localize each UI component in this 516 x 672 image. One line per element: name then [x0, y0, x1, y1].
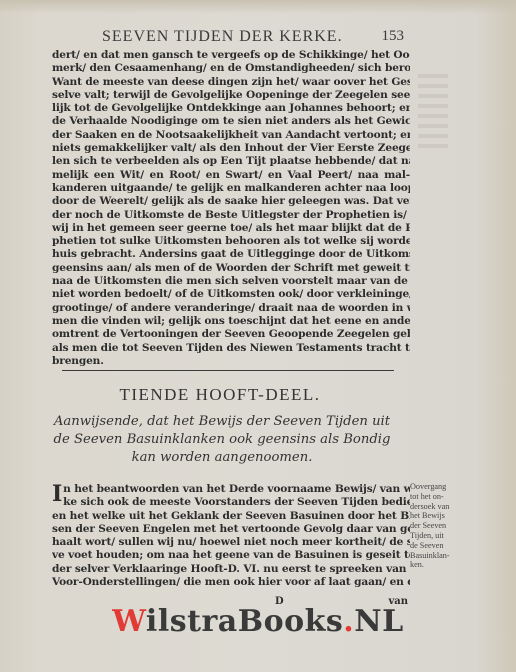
margin-note-line: ken.	[410, 560, 462, 570]
text-line: niets gemakkelijker valt/ als den Inhout…	[52, 142, 410, 155]
text-line: Want de meeste van deese dingen zijn het…	[52, 76, 410, 89]
text-line: niet worden bedoelt/ of de Uitkomsten oo…	[52, 288, 410, 301]
margin-note-line: Tijden, uit	[410, 531, 462, 541]
text-line: huis gebracht. Andersins gaat de Uitlegg…	[52, 248, 410, 261]
section-divider	[62, 370, 394, 371]
text-line: melijk een Wit/ en Root/ en Swart/ en Va…	[52, 169, 410, 182]
margin-note-line: Basuinklan-	[410, 551, 462, 561]
text-line: n het beantwoorden van het Derde voornaa…	[63, 483, 410, 496]
watermark-accent-letter: W	[112, 604, 146, 639]
text-line: haalt wort/ sullen wij nu/ hoewel niet n…	[52, 536, 410, 549]
text-line: ke sich ook de meeste Voorstanders der S…	[63, 496, 410, 509]
bleed-through-text	[418, 74, 448, 150]
text-line: door de Weerelt/ gelijk als de saake hie…	[52, 195, 410, 208]
text-line: selve valt; terwijl de Gevolgelijke Oope…	[52, 89, 410, 102]
text-line: als men die tot Seeven Tijden des Niewen…	[52, 342, 410, 355]
subtitle-line: de Seeven Basuinklanken ook geensins als…	[52, 431, 392, 449]
text-line: naa de Uitkomsten die men sich selven vo…	[52, 275, 410, 288]
margin-note-line: tot het on-	[410, 492, 462, 502]
text-line: omtrent de Vertooningen der Seeven Geoop…	[52, 328, 410, 341]
text-line: lijk tot de Gevolgelijke Ontdekkinge aan…	[52, 102, 410, 115]
text-line: merk/ den Cesaamenhang/ en de Omstandigh…	[52, 62, 410, 75]
text-line: len sich te verbeelden als op Een Tijt p…	[52, 155, 410, 168]
text-line: en het welke uit het Geklank der Seeven …	[52, 510, 410, 523]
body-text-section-2: I n het beantwoorden van het Derde voorn…	[52, 483, 410, 589]
drop-cap: I	[52, 483, 62, 505]
watermark-text: ilstraBooks	[146, 604, 343, 639]
chapter-title: TIENDE HOOFT-DEEL.	[0, 385, 440, 405]
margin-note: Oovergang tot het on- dersoek van het Be…	[410, 482, 462, 570]
watermark-logo: WilstraBooks.NL	[0, 604, 516, 639]
text-line: ve voet houden; om naa het geene van de …	[52, 549, 410, 562]
text-line: men die vinden wil; gelijk ons toeschijn…	[52, 315, 410, 328]
text-line: de Verhaalde Noodiginge om te sien niet …	[52, 115, 410, 128]
body-text-section-1: dert/ en dat men gansch te vergeefs op d…	[52, 49, 410, 368]
margin-note-line: de Seeven	[410, 541, 462, 551]
text-line: der Saaken en de Nootsaakelijkheit van A…	[52, 129, 410, 142]
text-line: Voor-Onderstellingen/ die men ook hier v…	[52, 576, 410, 589]
text-line: der noch de Uitkomste de Beste Uitlegste…	[52, 209, 410, 222]
text-line: brengen.	[52, 355, 410, 368]
margin-note-line: der Seeven	[410, 521, 462, 531]
running-title: SEEVEN TIJDEN DER KERKE.	[102, 28, 343, 46]
page-number: 153	[382, 28, 405, 45]
subtitle-line: kan worden aangenoomen.	[52, 449, 392, 467]
text-line: wij in het gemeen seer geerne toe/ als h…	[52, 222, 410, 235]
book-page: SEEVEN TIJDEN DER KERKE. 153 dert/ en da…	[0, 0, 516, 672]
watermark-dot: .	[343, 604, 354, 639]
subtitle-line: Aanwijsende, dat het Bewijs der Seeven T…	[52, 413, 392, 431]
running-head: SEEVEN TIJDEN DER KERKE. 153	[52, 28, 404, 46]
margin-note-line: het Bewijs	[410, 511, 462, 521]
text-line: dert/ en dat men gansch te vergeefs op d…	[52, 49, 410, 62]
watermark-tld: NL	[354, 604, 404, 639]
text-line: grootinge/ of andere veranderinge/ draai…	[52, 302, 410, 315]
text-line: der selver Verklaaringe Hooft-D. VI. nu …	[52, 563, 410, 576]
text-line: phetien tot sulke Uitkomsten behooren al…	[52, 235, 410, 248]
margin-note-line: Oovergang	[410, 482, 462, 492]
text-line: geensins aan/ als men of de Woorden der …	[52, 262, 410, 275]
text-line: sen der Seeven Engelen met het vertoonde…	[52, 523, 410, 536]
chapter-subtitle: Aanwijsende, dat het Bewijs der Seeven T…	[52, 413, 392, 467]
margin-note-line: dersoek van	[410, 502, 462, 512]
text-line: kanderen uitgaande/ te gelijk en malkand…	[52, 182, 410, 195]
